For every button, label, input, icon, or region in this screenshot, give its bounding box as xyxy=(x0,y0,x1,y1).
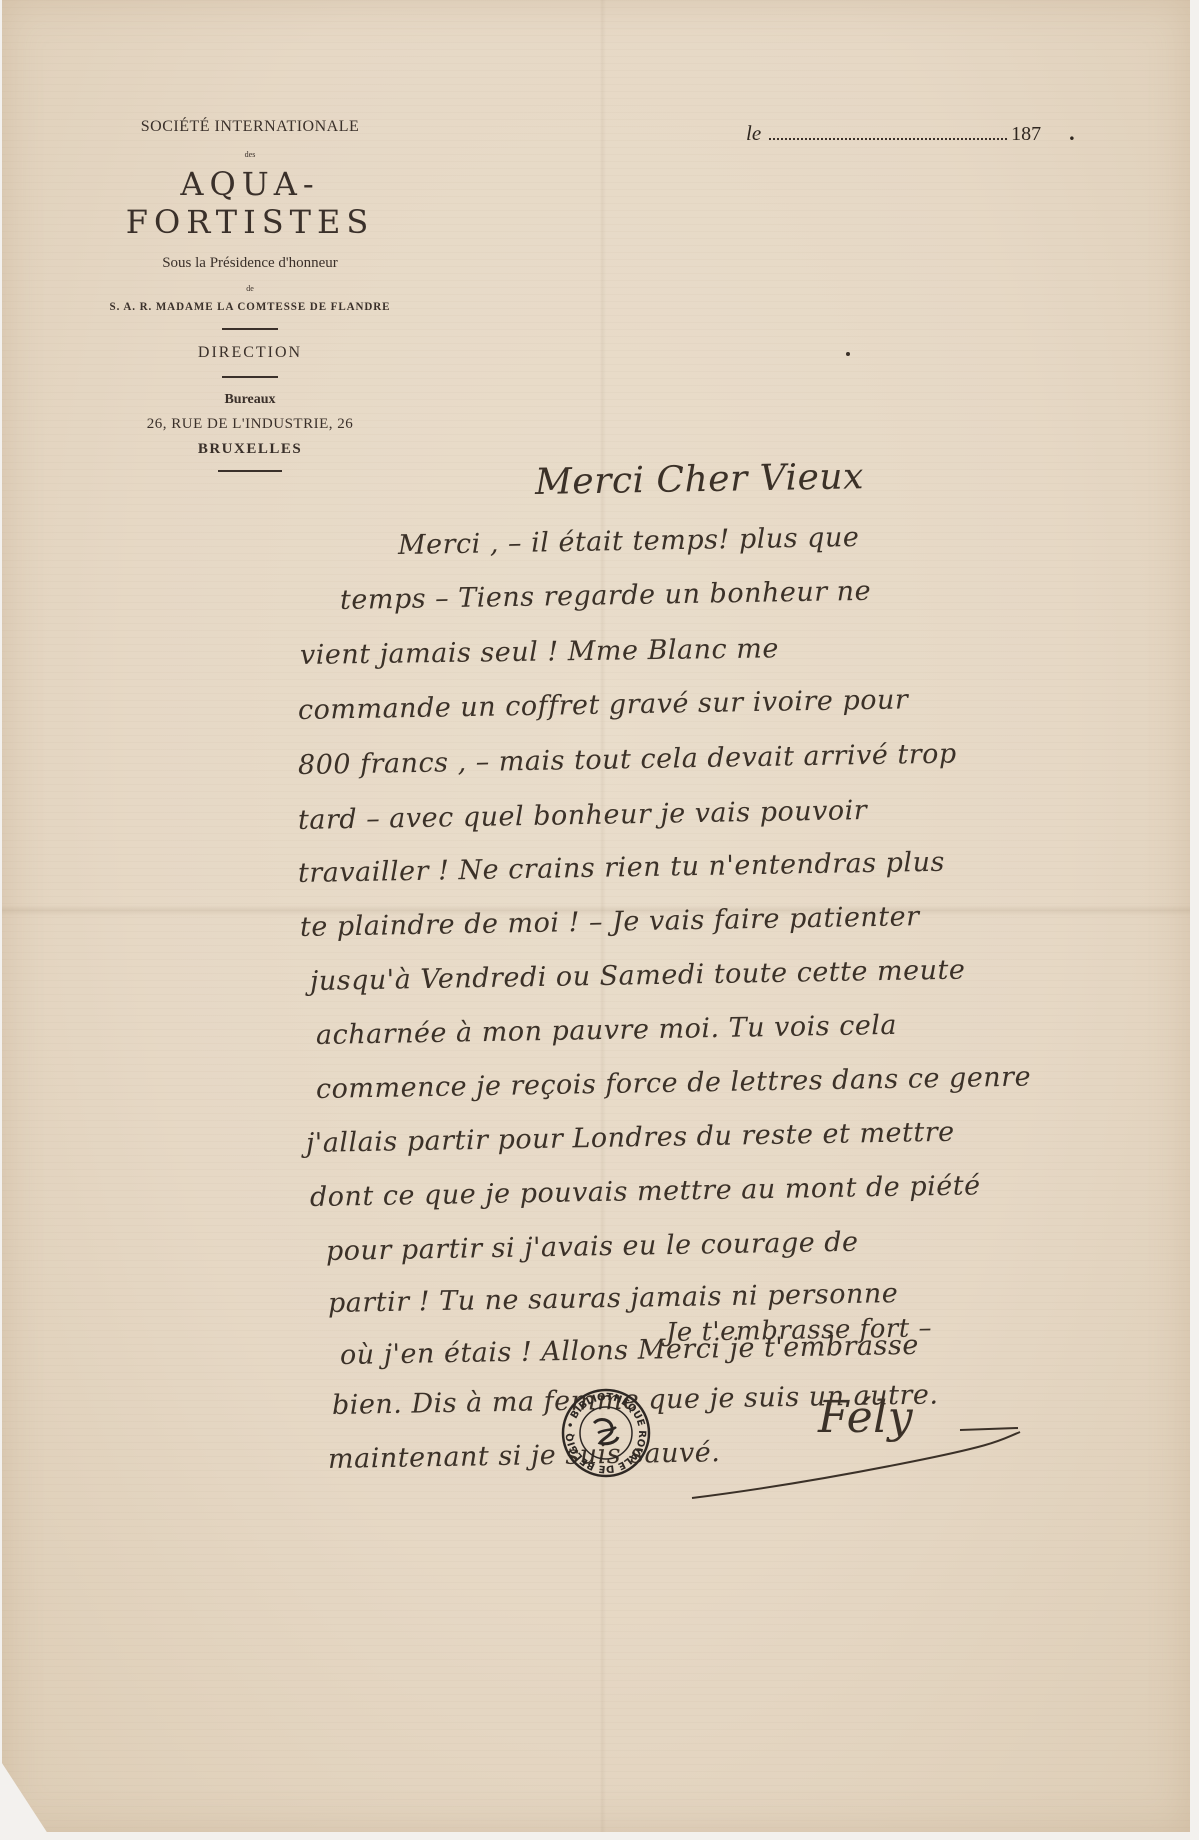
letter-line: temps – Tiens regarde un bonheur ne xyxy=(340,576,872,616)
signature-flourish xyxy=(680,1380,1040,1510)
letter-line: Merci , – il était temps! plus que xyxy=(398,522,860,561)
letter-line: acharnée à mon pauvre moi. Tu vois cela xyxy=(316,1010,898,1051)
letter-line: te plaindre de moi ! – Je vais faire pat… xyxy=(300,901,920,943)
letter-line: 800 francs , – mais tout cela devait arr… xyxy=(298,739,957,781)
letter-line: jusqu'à Vendredi ou Samedi toute cette m… xyxy=(310,955,966,997)
letter-line: j'allais partir pour Londres du reste et… xyxy=(306,1117,955,1159)
library-stamp-icon: • BIBLIOTHÈQUE ROYALE DE BELGIQUE xyxy=(560,1387,652,1479)
letter-line: travailler ! Ne crains rien tu n'entendr… xyxy=(298,847,945,889)
letter-line: tard – avec quel bonheur je vais pouvoir xyxy=(298,795,868,836)
salutation: Merci Cher Vieux xyxy=(535,456,865,503)
letter-line: partir ! Tu ne sauras jamais ni personne xyxy=(328,1278,899,1319)
closing: Je t'embrasse fort – xyxy=(666,1313,933,1348)
letter-line: dont ce que je pouvais mettre au mont de… xyxy=(310,1170,981,1213)
letter-line: pour partir si j'avais eu le courage de xyxy=(326,1227,859,1267)
letter-line: commence je reçois force de lettres dans… xyxy=(316,1062,1032,1105)
handwritten-letter: Merci Cher Vieux Merci , – il était temp… xyxy=(0,0,1199,1840)
letter-line: vient jamais seul ! Mme Blanc me xyxy=(300,633,779,671)
letter-line: commande un coffret gravé sur ivoire pou… xyxy=(298,684,909,726)
letter-line: maintenant si je suis sauvé. xyxy=(328,1437,721,1475)
